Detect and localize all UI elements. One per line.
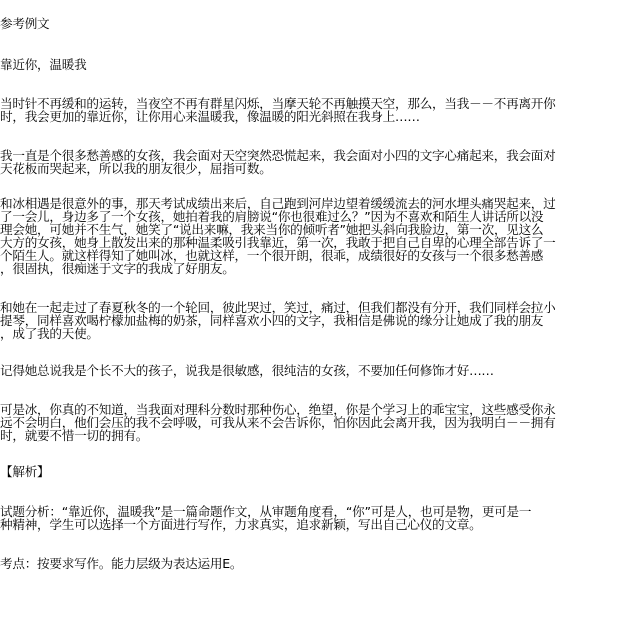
paragraph-line: ，成了我的天使。 [0, 327, 630, 340]
reference-essay-heading: 参考例文 [0, 17, 630, 30]
exam-point: 考点：按要求写作。能力层级为表达运用E。 [0, 557, 630, 570]
paragraph-line: 天花板而哭起来，所以我的朋友很少，屈指可数。 [0, 162, 630, 175]
analysis-heading: 【解析】 [0, 465, 630, 478]
paragraph-line: 时，就要不惜一切的拥有。 [0, 429, 630, 442]
paragraph-line: 时，我会更加的靠近你，让你用心来温暖我，像温暖的阳光斜照在我身上…… [0, 110, 630, 123]
analysis-line: 种精神，学生可以选择一个方面进行写作，力求真实，追求新颖，写出自己心仪的文章。 [0, 518, 630, 531]
document-page: 参考例文 靠近你，温暖我 当时针不再缓和的运转，当夜空不再有群星闪烁，当摩天轮不… [0, 0, 630, 632]
essay-title: 靠近你，温暖我 [0, 58, 630, 71]
paragraph-line: ，很固执，很痴迷于文字的我成了好朋友。 [0, 262, 630, 275]
paragraph-line: 记得她总说我是个长不大的孩子，说我是很敏感，很纯洁的女孩，不要加任何修饰才好…… [0, 364, 630, 377]
